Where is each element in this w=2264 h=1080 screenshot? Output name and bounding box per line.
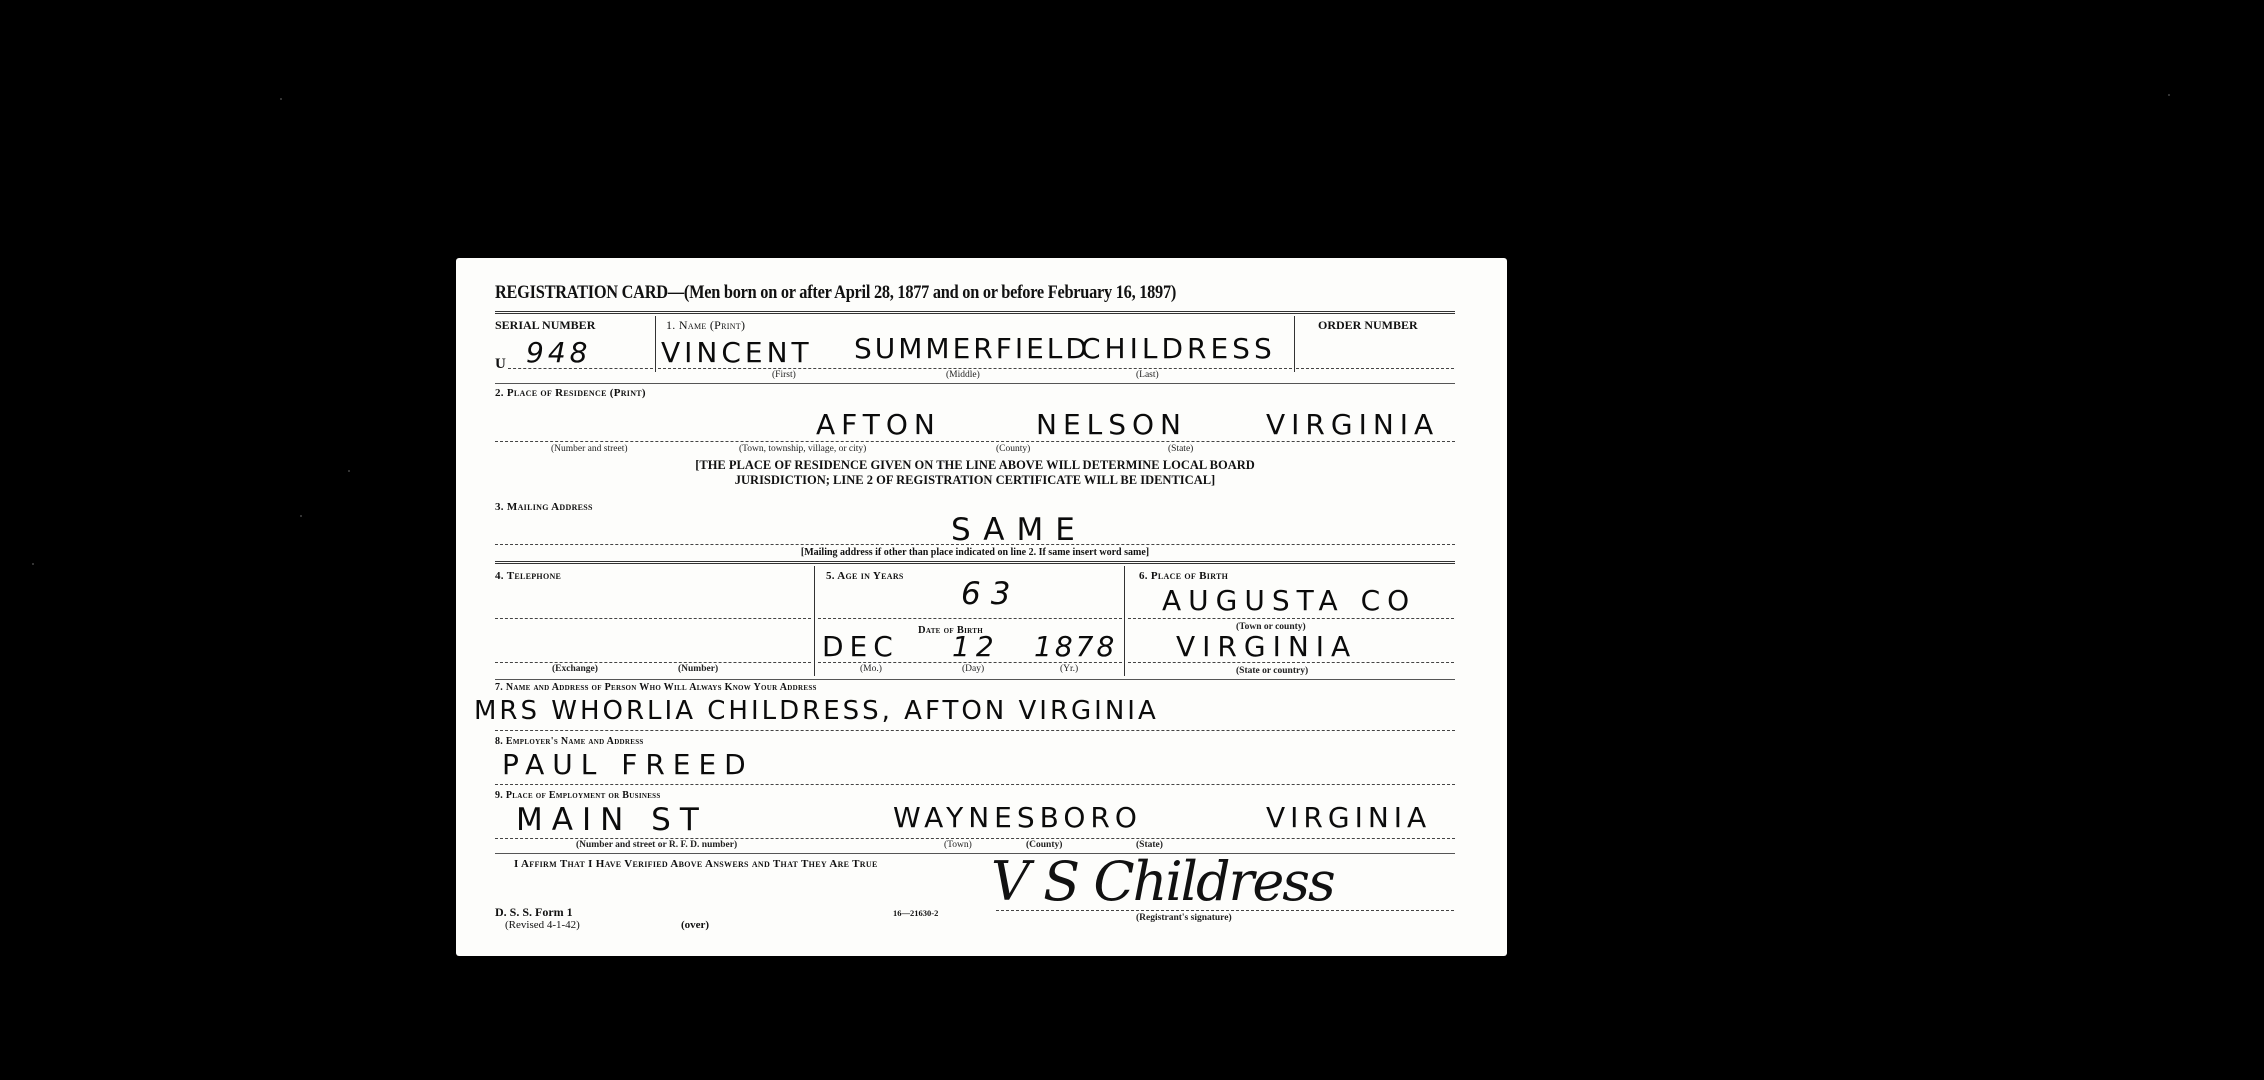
background-speck: [2168, 94, 2170, 96]
serial-number-label: SERIAL NUMBER: [495, 318, 595, 333]
residence-street-caption: (Number and street): [551, 444, 628, 454]
birth-year-caption: (Yr.): [1060, 664, 1078, 674]
birth-state-caption: (State or country): [1236, 666, 1308, 676]
background-speck: [348, 470, 350, 472]
contact-person-value: MRS WHORLIA CHILDRESS, AFTON VIRGINIA: [474, 696, 1159, 726]
serial-number-value: 948: [526, 336, 591, 369]
over-note: (over): [681, 919, 709, 931]
name-last-value: CHILDRESS: [1081, 332, 1276, 365]
name-first-caption: (First): [772, 370, 796, 380]
signature-line: [996, 910, 1454, 911]
birth-town-line: [1128, 618, 1454, 619]
background-speck: [32, 563, 34, 565]
employment-state-caption: (State): [1136, 840, 1163, 850]
title-rule: [495, 311, 1455, 314]
employment-town-value: WAYNESBORO: [893, 801, 1142, 834]
place-of-birth-label: 6. Place of Birth: [1139, 570, 1228, 582]
employment-town-caption: (Town): [944, 840, 972, 850]
residence-jurisdiction-note: [THE PLACE OF RESIDENCE GIVEN ON THE LIN…: [495, 458, 1455, 488]
employer-value: PAUL FREED: [502, 748, 754, 781]
signature-caption: (Registrant's signature): [1136, 913, 1232, 923]
registrant-signature: V S Childress: [991, 850, 1334, 913]
age-line: [818, 618, 1122, 619]
serial-prefix: U: [495, 356, 506, 373]
name-middle-value: SUMMERFIELD: [854, 332, 1090, 365]
birth-month-value: DEC: [822, 630, 899, 663]
name-label: 1. Name (Print): [666, 318, 745, 333]
residence-town-caption: (Town, township, village, or city): [739, 444, 866, 454]
telephone-exchange-caption: (Exchange): [552, 664, 598, 674]
birth-state-line: [1128, 662, 1454, 663]
name-first-value: VINCENT: [661, 336, 813, 369]
divider: [814, 566, 815, 676]
mailing-address-value: SAME: [951, 512, 1087, 548]
birth-state-value: VIRGINIA: [1176, 630, 1357, 663]
row-rule: [495, 561, 1455, 564]
print-code: 16—21630-2: [893, 908, 938, 918]
divider: [655, 316, 656, 372]
employment-line: [495, 838, 1455, 839]
place-of-employment-label: 9. Place of Employment or Business: [495, 790, 661, 801]
name-middle-caption: (Middle): [946, 370, 980, 380]
divider: [1294, 316, 1295, 372]
affirmation-text: I Affirm That I Have Verified Above Answ…: [514, 858, 878, 870]
background-speck: [280, 98, 282, 100]
row-rule: [495, 383, 1455, 384]
mailing-address-caption: [Mailing address if other than place ind…: [495, 547, 1455, 558]
birth-day-value: 12: [952, 630, 1000, 663]
form-name: D. S. S. Form 1: [495, 905, 573, 920]
birth-month-caption: (Mo.): [860, 664, 882, 674]
name-line: [658, 368, 1292, 369]
registration-card: REGISTRATION CARD—(Men born on or after …: [456, 258, 1507, 956]
birth-town-value: AUGUSTA CO: [1162, 584, 1416, 617]
employer-line: [495, 784, 1455, 785]
telephone-line-2: [495, 662, 811, 663]
card-title: REGISTRATION CARD—(Men born on or after …: [495, 282, 1176, 304]
divider: [1124, 566, 1125, 676]
contact-person-line: [495, 730, 1455, 731]
mailing-address-label: 3. Mailing Address: [495, 501, 593, 513]
residence-state-caption: (State): [1168, 444, 1193, 454]
employment-county-caption: (County): [1026, 840, 1062, 850]
order-number-line: [1296, 368, 1454, 369]
birth-year-value: 1878: [1034, 630, 1117, 663]
residence-line: [495, 441, 1455, 442]
residence-county-caption: (County): [996, 444, 1030, 454]
telephone-number-caption: (Number): [678, 664, 718, 674]
age-label: 5. Age in Years: [826, 570, 904, 582]
birth-day-caption: (Day): [962, 664, 984, 674]
date-of-birth-line: [818, 662, 1122, 663]
row-rule: [495, 679, 1455, 680]
name-last-caption: (Last): [1136, 370, 1159, 380]
residence-town-value: AFTON: [816, 408, 941, 441]
employment-street-caption: (Number and street or R. F. D. number): [576, 840, 737, 850]
serial-line: [508, 368, 653, 369]
age-value: 63: [961, 576, 1020, 612]
residence-state-value: VIRGINIA: [1266, 408, 1439, 441]
employment-street-value: MAIN ST: [516, 802, 708, 838]
contact-person-label: 7. Name and Address of Person Who Will A…: [495, 682, 817, 693]
order-number-label: ORDER NUMBER: [1318, 318, 1418, 333]
mailing-address-line: [495, 544, 1455, 545]
telephone-label: 4. Telephone: [495, 570, 561, 582]
residence-county-value: NELSON: [1036, 408, 1187, 441]
form-revised: (Revised 4-1-42): [505, 919, 580, 931]
background-speck: [300, 515, 302, 517]
telephone-line-1: [495, 618, 811, 619]
employment-state-value: VIRGINIA: [1266, 801, 1431, 834]
employer-label: 8. Employer's Name and Address: [495, 736, 644, 747]
residence-label: 2. Place of Residence (Print): [495, 387, 646, 399]
